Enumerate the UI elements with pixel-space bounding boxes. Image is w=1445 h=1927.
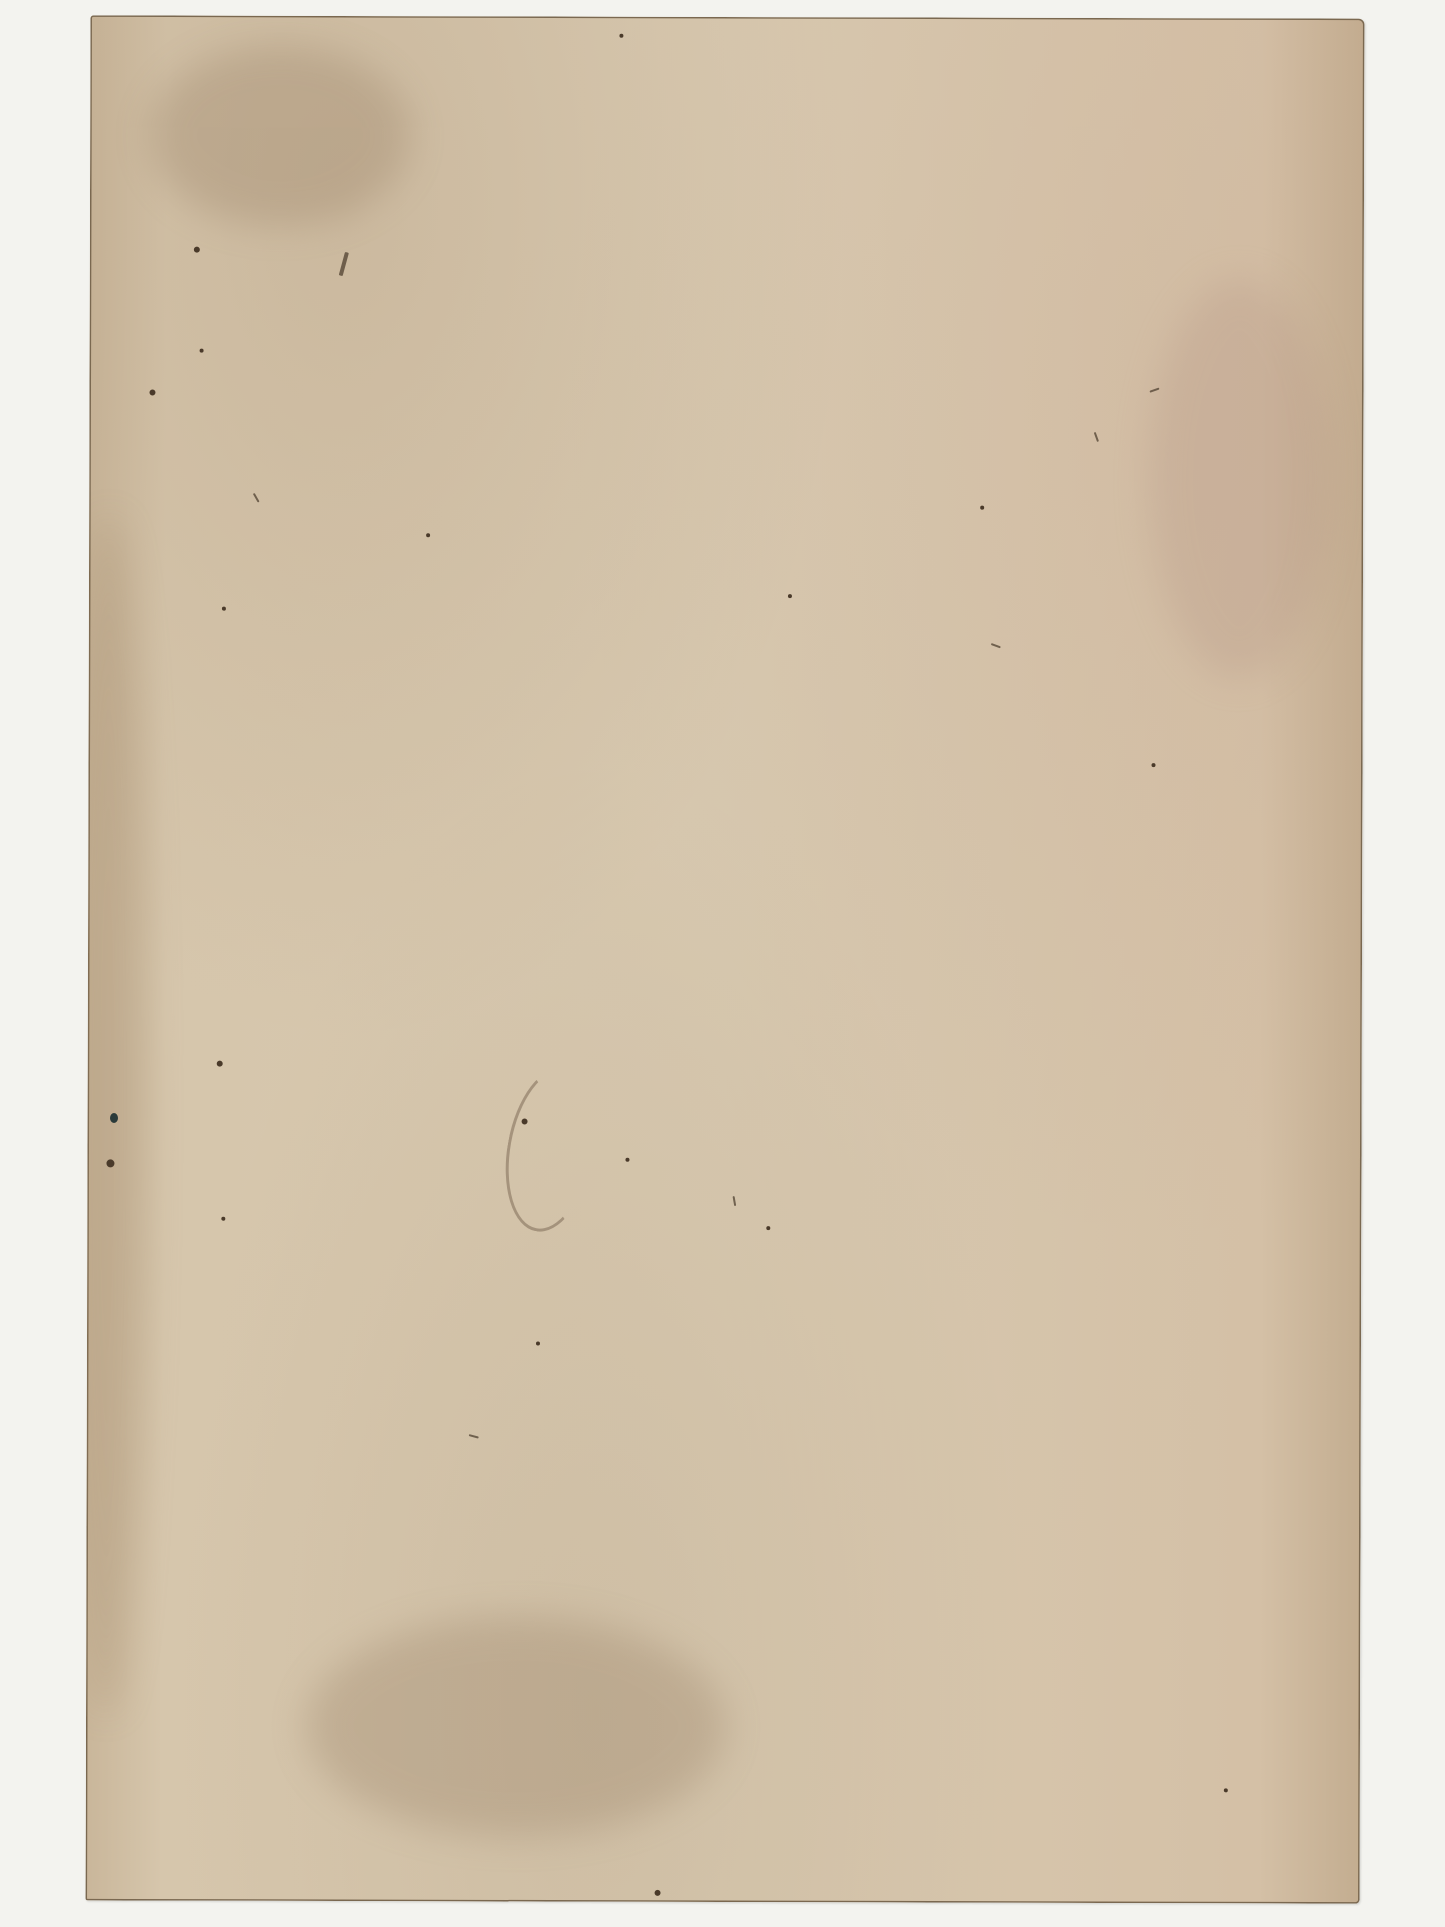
paper-speck	[222, 607, 226, 611]
paper-speck	[1224, 1788, 1228, 1792]
paper-speck	[149, 389, 155, 395]
paper-fiber	[1094, 432, 1099, 442]
paper-speck	[619, 34, 623, 38]
paper-speck	[766, 1226, 770, 1230]
paper-speck	[194, 247, 200, 253]
paper-speck	[522, 1118, 528, 1124]
stain-right	[1149, 278, 1330, 678]
paper-speck	[536, 1342, 540, 1346]
paper-fiber	[469, 1434, 479, 1439]
paper-fiber	[991, 643, 1001, 648]
paper-fiber	[733, 1196, 737, 1206]
aged-paper-card	[86, 15, 1365, 1903]
paper-speck	[426, 533, 430, 537]
paper-fiber	[253, 493, 260, 503]
stain-top-left	[150, 45, 410, 226]
paper-speck	[221, 1217, 225, 1221]
paper-speck	[980, 506, 984, 510]
paper-speck	[106, 1159, 114, 1167]
paper-speck	[625, 1158, 629, 1162]
paper-speck	[1152, 763, 1156, 767]
paper-speck	[655, 1890, 661, 1896]
stain-bottom	[306, 1616, 727, 1837]
white-backdrop	[0, 0, 1445, 1927]
paper-speck	[200, 349, 204, 353]
curved-mark	[494, 1060, 608, 1239]
paper-speck	[788, 594, 792, 598]
ink-spot-on-edge	[110, 1113, 118, 1123]
fiber-mark-left	[339, 252, 349, 276]
paper-speck	[217, 1061, 223, 1067]
